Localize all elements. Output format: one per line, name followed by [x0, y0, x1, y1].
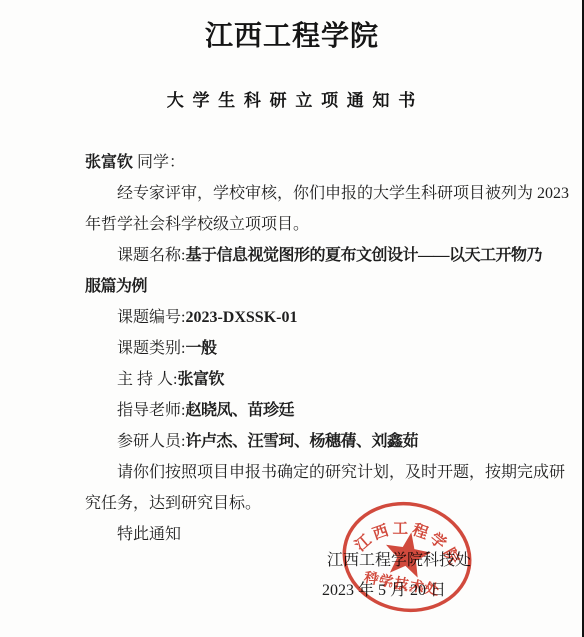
project-no-label: 课题编号:	[117, 309, 185, 326]
advisors-label: 指导老师:	[117, 402, 185, 419]
project-name-line-2: 服篇为例	[85, 271, 550, 302]
intro-line-2: 年哲学社会科学校级立项项目。	[85, 209, 550, 240]
category-label: 课题类别:	[117, 340, 185, 357]
project-no-line: 课题编号:2023-DXSSK-01	[85, 302, 550, 333]
advisors-line: 指导老师:赵晓凤、苗珍廷	[85, 395, 550, 426]
project-name-label: 课题名称:	[117, 247, 185, 264]
document-page: 江西工程学院 大 学 生 科 研 立 项 通 知 书 张富钦 同学： 经专家评审…	[0, 0, 584, 637]
project-name-value-1: 基于信息视觉图形的夏布文创设计——以天工开物乃	[185, 247, 542, 264]
members-value: 许卢杰、汪雪珂、杨穗蒨、刘鑫茹	[185, 433, 418, 450]
project-no-value: 2023-DXSSK-01	[185, 309, 297, 326]
greeting-line: 张富钦 同学：	[85, 147, 550, 178]
members-line: 参研人员:许卢杰、汪雪珂、杨穗蒨、刘鑫茹	[85, 426, 550, 457]
members-label: 参研人员:	[117, 433, 185, 450]
project-name-value-2: 服篇为例	[85, 278, 147, 295]
organization-title: 江西工程学院	[0, 14, 584, 54]
closing-line-2: 究任务，达到研究目标。	[85, 488, 550, 519]
leader-line: 主 持 人:张富钦	[85, 364, 550, 395]
closing-line-1: 请你们按照项目申报书确定的研究计划，及时开题，按期完成研	[85, 457, 550, 488]
notice-line: 特此通知	[85, 519, 550, 550]
category-value: 一般	[185, 340, 216, 357]
recipient-name: 张富钦	[85, 154, 133, 171]
letter-body: 张富钦 同学： 经专家评审，学校审核，你们申报的大学生科研项目被列为 2023 …	[85, 147, 550, 550]
advisors-value: 赵晓凤、苗珍廷	[185, 402, 294, 419]
document-title: 大 学 生 科 研 立 项 通 知 书	[0, 86, 584, 111]
category-line: 课题类别:一般	[85, 333, 550, 364]
intro-line-1: 经专家评审，学校审核，你们申报的大学生科研项目被列为 2023	[85, 178, 550, 209]
leader-label: 主 持 人:	[117, 371, 177, 388]
greeting-suffix: 同学：	[137, 154, 185, 171]
official-red-stamp: 江西工程学院 科学技术处 3605010127419	[337, 499, 477, 617]
leader-value: 张富钦	[177, 371, 224, 388]
project-name-line-1: 课题名称:基于信息视觉图形的夏布文创设计——以天工开物乃	[85, 240, 550, 271]
